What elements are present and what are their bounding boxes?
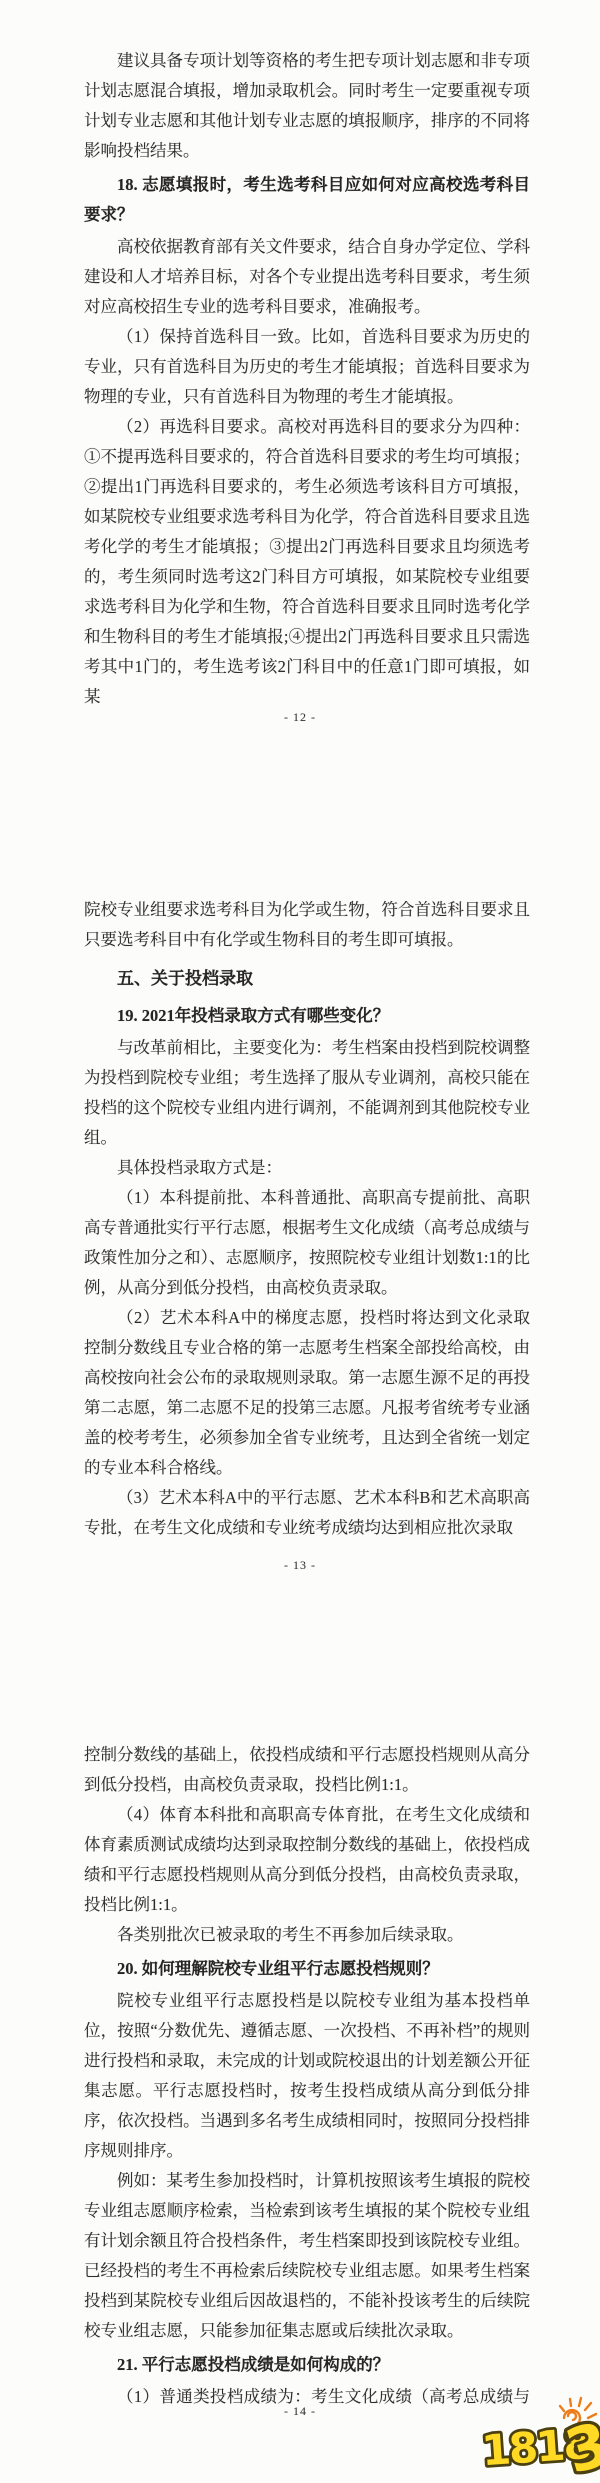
logo-18183: 1818 3 (482, 2394, 600, 2482)
page-body: 院校专业组要求选考科目为化学或生物，符合首选科目要求且只要选考科目中有化学或生物… (84, 895, 530, 1543)
page-body: 建议具备专项计划等资格的考生把专项计划志愿和非专项计划志愿混合填报，增加录取机会… (84, 46, 530, 712)
paragraph: 具体投档录取方式是： (84, 1153, 530, 1183)
paragraph: 高校依据教育部有关文件要求，结合自身办学定位、学科建设和人才培养目标，对各个专业… (84, 232, 530, 322)
paragraph: （3）艺术本科A中的平行志愿、艺术本科B和艺术高职高专批，在考生文化成绩和专业统… (84, 1483, 530, 1543)
paragraph: 各类别批次已被录取的考生不再参加后续录取。 (84, 1920, 530, 1950)
page-body: 控制分数线的基础上，依投档成绩和平行志愿投档规则从高分到低分投档，由高校负责录取… (84, 1740, 530, 2412)
question-heading: 21. 平行志愿投档成绩是如何构成的？ (84, 2350, 530, 2380)
paragraph: （4）体育本科批和高职高专体育批，在考生文化成绩和体育素质测试成绩均达到录取控制… (84, 1800, 530, 1920)
page-number: - 13 - (0, 1558, 600, 1573)
logo-text: 1818 3 (482, 2409, 600, 2482)
page-12: 建议具备专项计划等资格的考生把专项计划志愿和非专项计划志愿混合填报，增加录取机会… (84, 46, 530, 718)
paragraph: （2）再选科目要求。高校对再选科目的要求分为四种：①不提再选科目要求的，符合首选… (84, 412, 530, 712)
question-heading: 20. 如何理解院校专业组平行志愿投档规则？ (84, 1954, 530, 1984)
question-heading: 18. 志愿填报时，考生选考科目应如何对应高校选考科目要求？ (84, 170, 530, 230)
paragraph: 例如：某考生参加投档时，计算机按照该考生填报的院校专业组志愿顺序检索，当检索到该… (84, 2166, 530, 2346)
paragraph: 院校专业组平行志愿投档是以院校专业组为基本投档单位，按照“分数优先、遵循志愿、一… (84, 1986, 530, 2166)
paragraph: 与改革前相比，主要变化为：考生档案由投档到院校调整为投档到院校专业组；考生选择了… (84, 1033, 530, 1153)
svg-text:3: 3 (558, 2409, 600, 2482)
paragraph: 院校专业组要求选考科目为化学或生物，符合首选科目要求且只要选考科目中有化学或生物… (84, 895, 530, 955)
paragraph: （1）保持首选科目一致。比如，首选科目要求为历史的专业，只有首选科目为历史的考生… (84, 322, 530, 412)
section-heading: 五、关于投档录取 (84, 964, 530, 994)
question-heading: 19. 2021年投档录取方式有哪些变化？ (84, 1001, 530, 1031)
page-14: 控制分数线的基础上，依投档成绩和平行志愿投档规则从高分到低分投档，由高校负责录取… (84, 1740, 530, 2412)
paragraph: （2）艺术本科A中的梯度志愿，投档时将达到文化录取控制分数线且专业合格的第一志愿… (84, 1303, 530, 1483)
page-13: 院校专业组要求选考科目为化学或生物，符合首选科目要求且只要选考科目中有化学或生物… (84, 895, 530, 1567)
paragraph: 控制分数线的基础上，依投档成绩和平行志愿投档规则从高分到低分投档，由高校负责录取… (84, 1740, 530, 1800)
paragraph: 建议具备专项计划等资格的考生把专项计划志愿和非专项计划志愿混合填报，增加录取机会… (84, 46, 530, 166)
page-number: - 12 - (0, 710, 600, 725)
paragraph: （1）本科提前批、本科普通批、高职高专提前批、高职高专普通批实行平行志愿，根据考… (84, 1183, 530, 1303)
scanned-document: 建议具备专项计划等资格的考生把专项计划志愿和非专项计划志愿混合填报，增加录取机会… (0, 0, 600, 2483)
